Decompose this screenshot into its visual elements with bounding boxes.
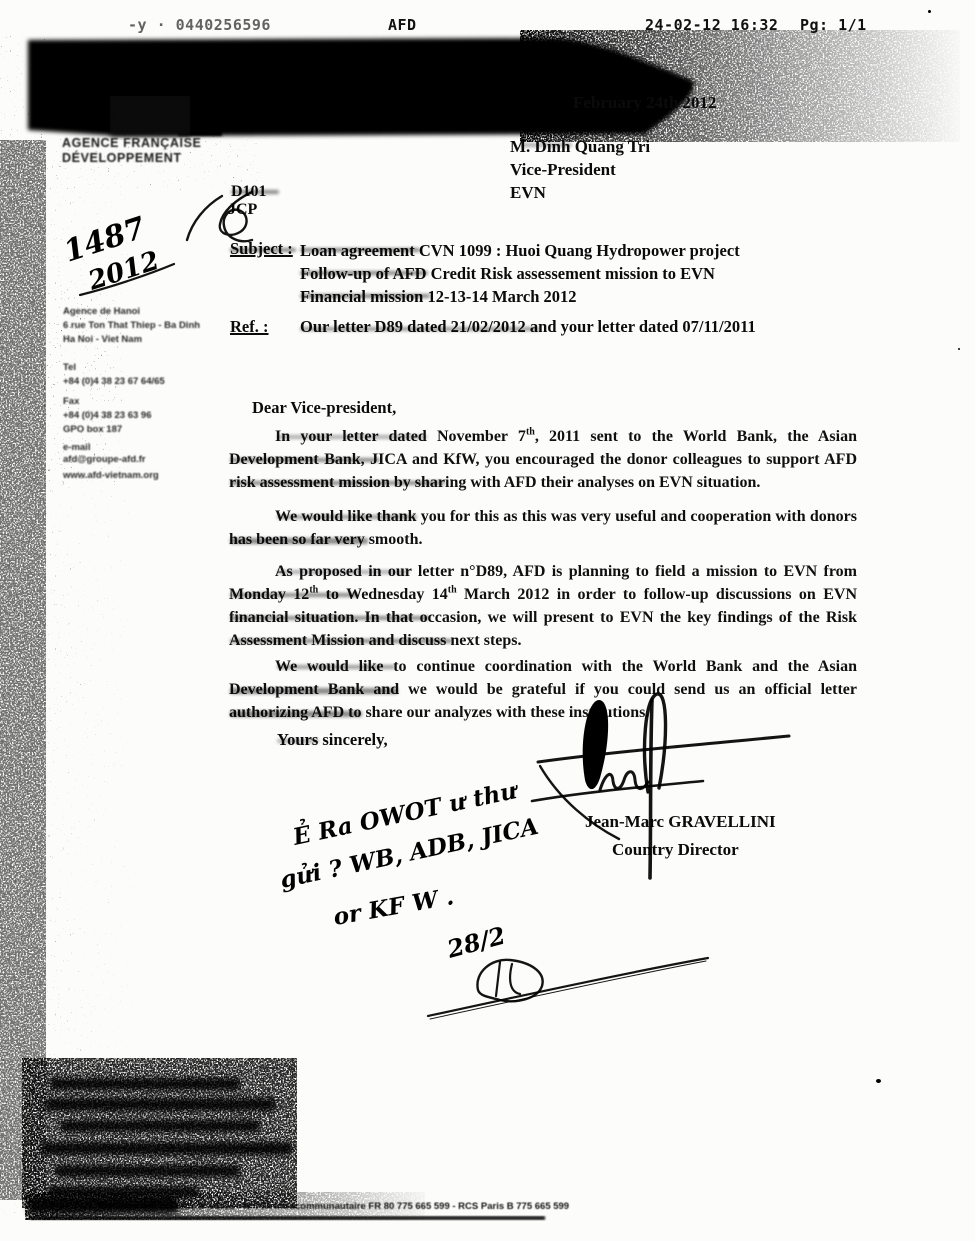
scan-smear <box>300 271 428 275</box>
scan-artifact-dot <box>928 10 931 13</box>
handwritten-registry-number: 1487 <box>60 210 150 269</box>
ordinal-superscript: th <box>526 427 535 438</box>
handwritten-date-mark: 28/2 <box>443 921 508 965</box>
scan-smear <box>277 739 319 743</box>
scan-smear <box>230 711 362 717</box>
fax-sender: AFD <box>388 16 417 34</box>
letterhead-address-line: Fax <box>63 396 79 407</box>
letterhead-footer-text: Dotation 400 millions d' euros - N°TVA I… <box>100 1201 569 1212</box>
letterhead-logo-block <box>178 82 222 136</box>
scan-smear <box>300 327 540 331</box>
scan-smear <box>231 190 279 194</box>
scan-smear <box>230 639 452 643</box>
letterhead-address-line: +84 (0)4 38 23 63 96 <box>63 410 151 421</box>
scan-smear <box>230 538 368 544</box>
registry-underline <box>80 264 174 295</box>
scan-smudge-bottom-left <box>42 1078 292 1197</box>
letterhead-address-line: 6 rue Ton That Thiep - Ba Dinh <box>63 320 200 331</box>
scan-smear <box>277 570 409 574</box>
handwritten-note-line3: or KF W . <box>331 883 455 931</box>
scan-smear <box>230 481 445 485</box>
scan-smear <box>230 688 398 694</box>
scan-smear <box>230 458 380 462</box>
letterhead-org-line1: AGENCE FRANÇAISE <box>62 136 201 150</box>
letterhead-address-line: www.afd-vietnam.org <box>63 470 159 481</box>
recipient-org: EVN <box>510 181 650 204</box>
letterhead-address-line: Tel <box>63 362 76 373</box>
fax-page-count: Pg: 1/1 <box>800 16 867 34</box>
letterhead-address-line: e-mail <box>63 442 90 453</box>
handwritten-note-line2: gửi ? WB, ADB, JICA <box>278 813 541 894</box>
signer-name: Jean-Marc GRAVELLINI <box>585 812 776 832</box>
signer-title: Country Director <box>612 840 739 860</box>
approval-initials <box>477 960 542 1001</box>
scan-smear <box>230 248 296 252</box>
ordinal-superscript: th <box>448 585 457 596</box>
handwritten-registry-year: 2012 <box>84 246 163 297</box>
scan-smear <box>300 294 430 298</box>
scan-artifact-dot <box>876 1079 881 1083</box>
letterhead-org-line2: DÉVELOPPEMENT <box>62 151 182 165</box>
letterhead-address-line: Ha Noi - Viet Nam <box>63 334 142 345</box>
fax-number: -y · 0440256596 <box>128 16 271 34</box>
letterhead-address-line: +84 (0)4 38 23 67 64/65 <box>63 376 165 387</box>
paragraph-2: We would like thank you for this as this… <box>229 505 857 551</box>
handwritten-swoosh-line <box>428 958 708 1016</box>
scan-smear <box>277 515 417 519</box>
recipient-title: Vice-President <box>510 158 650 181</box>
salutation: Dear Vice-president, <box>252 398 396 418</box>
scan-smear <box>277 665 395 669</box>
letterhead-address-line: Agence de Hanoi <box>63 306 140 317</box>
stamp-initials: JCP <box>228 201 257 219</box>
handwritten-note-line1: Ẻ Ra OWOT ư thư <box>289 774 521 851</box>
letterhead-address-line: afd@groupe-afd.fr <box>63 454 146 465</box>
letterhead-address-line: GPO box 187 <box>63 424 122 435</box>
scan-smear <box>520 143 572 147</box>
scan-smear <box>300 248 420 252</box>
scanned-fax-page: -y · 0440256596 AFD 24-02-12 16:32 Pg: 1… <box>0 0 975 1241</box>
scan-smear <box>277 435 427 439</box>
scan-smudge-top <box>28 38 694 136</box>
scan-smear <box>230 616 430 620</box>
scan-smear <box>230 593 358 597</box>
letter-date: February 24th 2012 <box>573 93 717 113</box>
scan-artifact-dot <box>958 348 960 350</box>
fax-datetime: 24-02-12 16:32 <box>645 16 778 34</box>
ref-label: Ref. : <box>230 317 268 337</box>
scan-edge-bar <box>30 1216 545 1220</box>
